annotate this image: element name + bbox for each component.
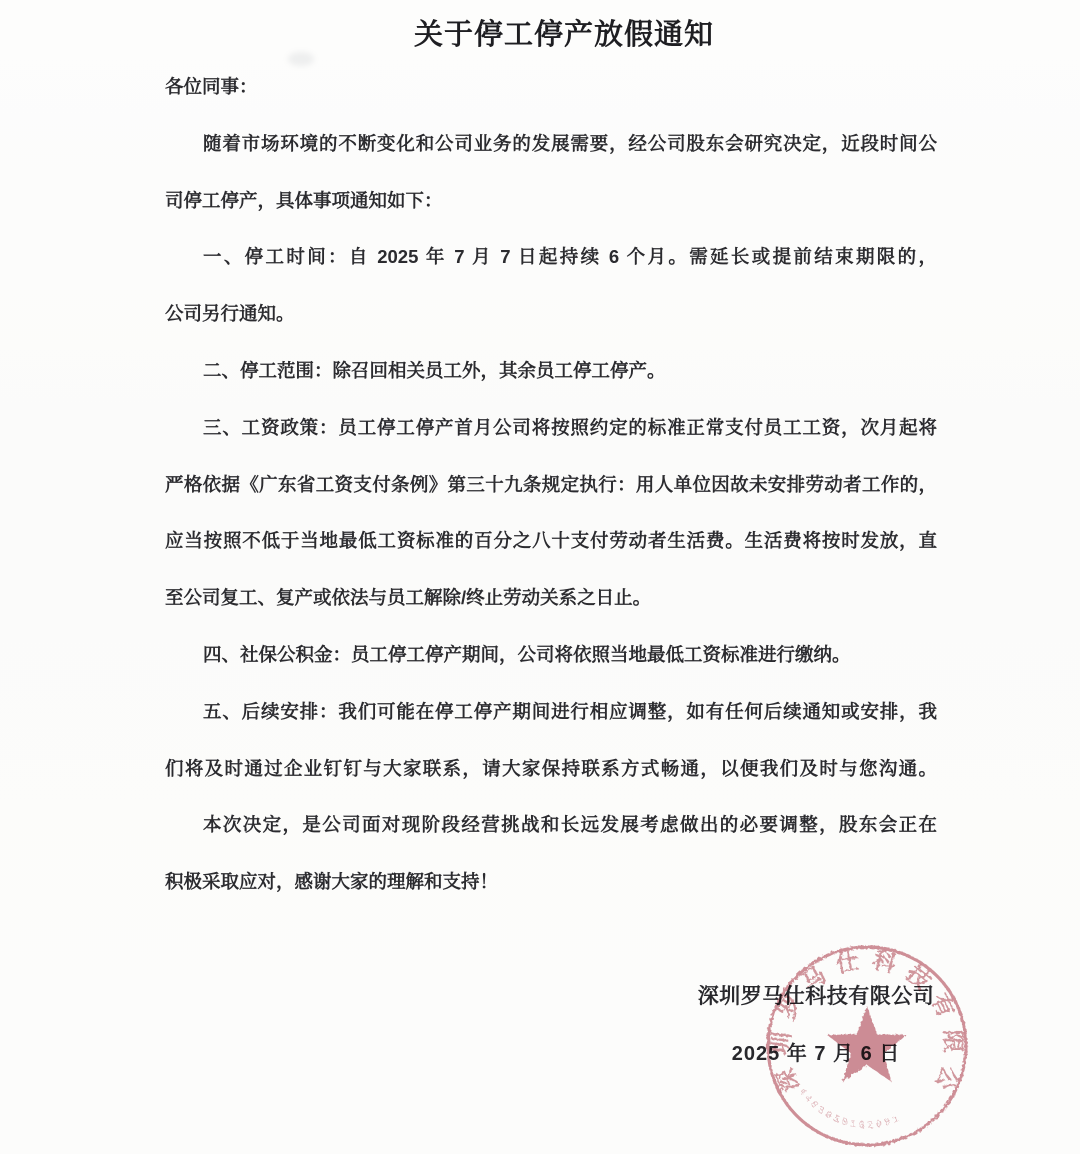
body-line: 四、社保公积金：员工停工停产期间，公司将依照当地最低工资标准进行缴纳。	[165, 627, 937, 684]
body-lines: 各位同事：随着市场环境的不断变化和公司业务的发展需要，经公司股东会研究决定，近段…	[165, 59, 937, 911]
seal-serial-number: 4403050102081	[796, 1087, 904, 1132]
body-line: 二、停工范围：除召回相关员工外，其余员工停工停产。	[165, 343, 937, 400]
body-line: 五、后续安排：我们可能在停工停产期间进行相应调整，如有任何后续通知或安排，我	[165, 684, 937, 741]
body-line: 应当按照不低于当地最低工资标准的百分之八十支付劳动者生活费。生活费将按时发放，直	[165, 513, 937, 570]
body-line: 司停工停产，具体事项通知如下：	[165, 173, 937, 230]
seal-ring-text: 深圳罗马仕科技有限公司	[757, 936, 966, 1104]
company-seal-stamp: 深圳罗马仕科技有限公司 4403050102081	[757, 936, 977, 1154]
body-line: 严格依据《广东省工资支付条例》第三十九条规定执行：用人单位因故未安排劳动者工作的…	[165, 457, 937, 514]
body-line: 积极采取应对，感谢大家的理解和支持！	[165, 854, 937, 911]
star-icon	[827, 1006, 907, 1082]
body-line: 至公司复工、复产或依法与员工解除/终止劳动关系之日止。	[165, 570, 937, 627]
body-line: 三、工资政策：员工停工停产首月公司将按照约定的标准正常支付员工工资，次月起将	[165, 400, 937, 457]
body-line: 本次决定，是公司面对现阶段经营挑战和长远发展考虑做出的必要调整，股东会正在	[165, 797, 937, 854]
page-title: 关于停工停产放假通知	[24, 12, 1080, 53]
notice-document: 关于停工停产放假通知 各位同事：随着市场环境的不断变化和公司业务的发展需要，经公…	[0, 0, 1080, 1154]
body-line: 公司另行通知。	[165, 286, 937, 343]
body-line: 各位同事：	[165, 59, 937, 116]
body-line: 随着市场环境的不断变化和公司业务的发展需要，经公司股东会研究决定，近段时间公	[165, 116, 937, 173]
body-line: 一、停工时间：自 2025 年 7 月 7 日起持续 6 个月。需延长或提前结束…	[165, 229, 937, 286]
body-line: 们将及时通过企业钉钉与大家联系，请大家保持联系方式畅通，以便我们及时与您沟通。	[165, 741, 937, 798]
